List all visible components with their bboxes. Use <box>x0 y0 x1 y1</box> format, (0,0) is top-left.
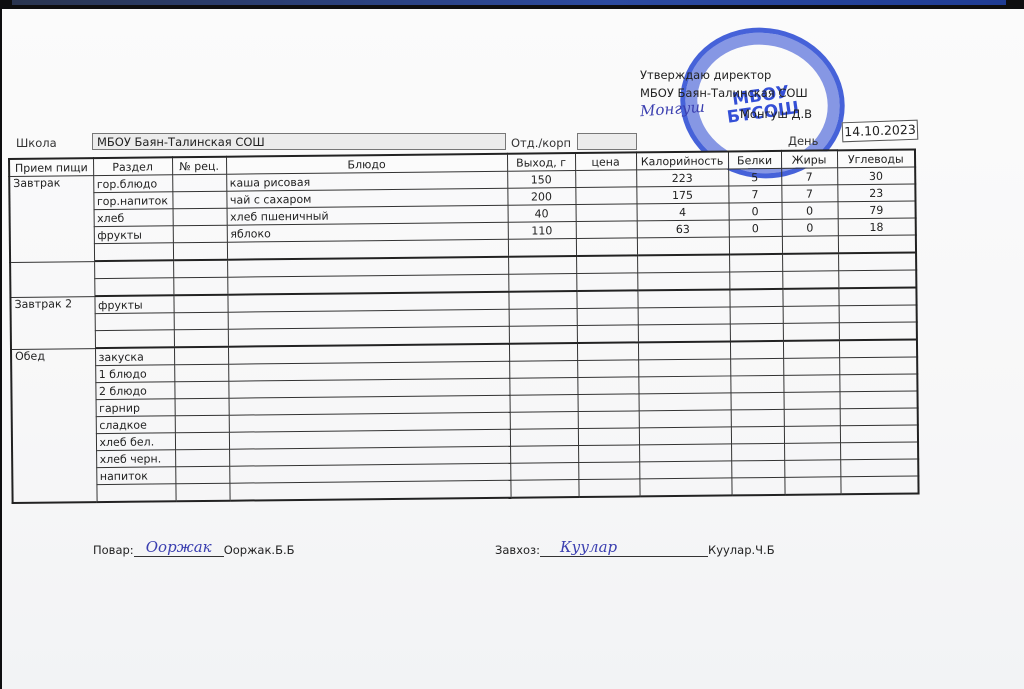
section-cell: хлеб <box>94 209 173 227</box>
weight-cell <box>510 480 578 498</box>
weight-cell: 40 <box>508 205 576 223</box>
weight-cell <box>508 274 576 292</box>
section-cell: гор.напиток <box>93 192 172 210</box>
meal-breakfast2: Завтрак 2 <box>10 296 95 349</box>
protein-cell <box>730 392 783 410</box>
price-cell <box>576 238 637 256</box>
fat-cell <box>784 460 840 478</box>
kcal-cell <box>639 478 731 496</box>
storekeeper-signature: Куулар <box>540 538 708 557</box>
price-cell <box>576 221 637 239</box>
dish-cell <box>229 480 510 500</box>
price-cell <box>577 325 638 343</box>
carbs-cell <box>839 305 917 323</box>
school-label: Школа <box>16 136 57 150</box>
recipe-cell <box>175 432 229 450</box>
price-cell <box>578 411 639 429</box>
col-fat: Жиры <box>781 150 837 168</box>
carbs-cell <box>840 476 918 494</box>
protein-cell <box>729 254 782 272</box>
carbs-cell <box>838 270 916 288</box>
carbs-cell: 18 <box>838 218 916 236</box>
carbs-cell: 23 <box>837 184 915 202</box>
fat-cell: 0 <box>782 219 838 237</box>
director-name: Монгуш Д.В <box>740 107 812 121</box>
section-cell: напиток <box>96 467 175 485</box>
price-cell <box>578 462 639 480</box>
section-cell: фрукты <box>94 226 173 244</box>
weight-cell <box>509 326 577 344</box>
cook-signature-row: Повар:ОоржакОоржак.Б.Б <box>93 538 295 557</box>
weight-cell <box>508 291 576 309</box>
price-cell <box>577 377 638 395</box>
col-recipe: № рец. <box>172 157 226 175</box>
price-cell <box>575 187 636 205</box>
carbs-cell <box>838 235 916 253</box>
section-cell <box>94 243 173 261</box>
protein-cell <box>731 460 784 478</box>
recipe-cell <box>173 277 227 295</box>
kcal-cell <box>637 289 729 307</box>
weight-cell <box>508 256 576 274</box>
section-cell: гор.блюдо <box>93 175 172 193</box>
section-cell: 2 блюдо <box>95 382 174 400</box>
weight-cell: 150 <box>507 171 575 189</box>
carbs-cell <box>839 322 917 340</box>
weight-cell: 200 <box>507 188 575 206</box>
carbs-cell <box>838 287 916 305</box>
protein-cell <box>731 426 784 444</box>
protein-cell <box>729 236 782 254</box>
kcal-cell: 4 <box>637 203 729 221</box>
carbs-cell <box>839 391 917 409</box>
weight-cell: 110 <box>508 222 576 240</box>
carbs-cell: 79 <box>838 201 916 219</box>
recipe-cell <box>174 312 228 330</box>
menu-table: Прием пищи Раздел № рец. Блюдо Выход, г … <box>8 148 920 503</box>
approval-school: МБОУ Баян-Талинская СОШ <box>640 84 808 102</box>
carbs-cell <box>840 442 918 460</box>
fat-cell: 7 <box>781 168 837 186</box>
price-cell <box>577 360 638 378</box>
cook-name: Ооржак.Б.Б <box>224 543 295 557</box>
fat-cell <box>783 306 839 324</box>
fat-cell <box>783 358 839 376</box>
kcal-cell <box>638 376 730 394</box>
kcal-cell <box>639 393 731 411</box>
price-cell <box>577 342 638 360</box>
storekeeper-name: Куулар.Ч.Б <box>708 543 775 557</box>
recipe-cell <box>174 347 228 365</box>
recipe-cell <box>175 466 229 484</box>
weight-cell <box>509 361 577 379</box>
carbs-cell <box>838 252 916 270</box>
fat-cell <box>783 375 839 393</box>
weight-cell <box>508 239 576 257</box>
fat-cell: 7 <box>781 185 837 203</box>
kcal-cell: 63 <box>637 220 729 238</box>
recipe-cell <box>175 415 229 433</box>
carbs-cell <box>840 408 918 426</box>
recipe-cell <box>173 208 227 226</box>
price-cell <box>578 428 639 446</box>
recipe-cell <box>175 483 229 501</box>
section-cell: 1 блюдо <box>95 365 174 383</box>
carbs-cell <box>840 425 918 443</box>
protein-cell <box>730 323 783 341</box>
section-cell: хлеб черн. <box>96 450 175 468</box>
protein-cell <box>731 409 784 427</box>
dept-label: Отд./корп <box>511 136 571 150</box>
fat-cell: 0 <box>782 202 838 220</box>
kcal-cell <box>639 410 731 428</box>
fat-cell <box>782 236 838 254</box>
recipe-cell <box>173 295 227 313</box>
recipe-cell <box>173 242 227 260</box>
meal-breakfast: Завтрак <box>9 176 94 262</box>
section-cell: закуска <box>95 347 174 365</box>
kcal-cell <box>638 341 730 359</box>
recipe-cell <box>175 398 229 416</box>
carbs-cell <box>840 459 918 477</box>
price-cell <box>578 394 639 412</box>
recipe-cell <box>174 381 228 399</box>
protein-cell <box>729 271 782 289</box>
day-label: День <box>788 134 818 148</box>
col-price: цена <box>575 152 636 170</box>
section-cell: хлеб бел. <box>96 433 175 451</box>
section-cell <box>95 330 174 348</box>
kcal-cell <box>638 359 730 377</box>
section-cell <box>95 313 174 331</box>
cook-signature: Ооржак <box>134 538 224 557</box>
col-carbs: Углеводы <box>837 150 915 168</box>
section-cell <box>94 278 173 296</box>
protein-cell: 7 <box>728 185 781 203</box>
fat-cell <box>782 253 838 271</box>
col-kcal: Калорийность <box>636 151 728 169</box>
kcal-cell: 223 <box>636 169 728 187</box>
price-cell <box>577 308 638 326</box>
weight-cell <box>510 446 578 464</box>
fat-cell <box>784 477 840 495</box>
carbs-cell: 30 <box>837 167 915 185</box>
kcal-cell <box>639 461 731 479</box>
fat-cell <box>783 392 839 410</box>
recipe-cell <box>174 364 228 382</box>
protein-cell <box>730 341 783 359</box>
fat-cell <box>784 409 840 427</box>
kcal-cell <box>638 307 730 325</box>
fat-cell <box>783 340 839 358</box>
dept-field[interactable] <box>577 133 637 150</box>
weight-cell <box>509 378 577 396</box>
fat-cell <box>782 288 838 306</box>
kcal-cell <box>638 324 730 342</box>
protein-cell <box>729 289 782 307</box>
carbs-cell <box>839 374 917 392</box>
kcal-cell: 175 <box>636 186 728 204</box>
school-field[interactable]: МБОУ Баян-Талинская СОШ <box>92 133 506 150</box>
section-cell <box>94 260 173 278</box>
window-top-bar <box>12 0 1006 5</box>
recipe-cell <box>174 329 228 347</box>
col-protein: Белки <box>728 151 781 169</box>
carbs-cell <box>839 357 917 375</box>
storekeeper-label: Завхоз: <box>495 543 540 557</box>
protein-cell <box>730 358 783 376</box>
col-weight: Выход, г <box>507 153 575 171</box>
approval-block: Утверждаю директор МБОУ Баян-Талинская С… <box>640 66 808 102</box>
protein-cell <box>730 375 783 393</box>
protein-cell: 0 <box>729 202 782 220</box>
weight-cell <box>509 309 577 327</box>
date-field[interactable]: 14.10.2023 <box>842 120 919 143</box>
recipe-cell <box>173 225 227 243</box>
kcal-cell <box>639 444 731 462</box>
col-section: Раздел <box>93 157 172 175</box>
kcal-cell <box>637 254 729 272</box>
price-cell <box>578 479 639 497</box>
protein-cell: 5 <box>728 168 781 186</box>
protein-cell <box>730 306 783 324</box>
weight-cell <box>510 463 578 481</box>
fat-cell <box>784 426 840 444</box>
recipe-cell <box>172 174 226 192</box>
price-cell <box>575 170 636 188</box>
protein-cell <box>731 443 784 461</box>
carbs-cell <box>839 339 917 357</box>
protein-cell: 0 <box>729 219 782 237</box>
cook-label: Повар: <box>93 543 134 557</box>
col-meal: Прием пищи <box>9 158 93 176</box>
price-cell <box>576 290 637 308</box>
fat-cell <box>782 271 838 289</box>
section-cell <box>96 484 175 502</box>
price-cell <box>576 273 637 291</box>
weight-cell <box>510 429 578 447</box>
recipe-cell <box>172 191 226 209</box>
kcal-cell <box>637 272 729 290</box>
meal-empty <box>10 261 94 297</box>
weight-cell <box>510 395 578 413</box>
recipe-cell <box>173 260 227 278</box>
fat-cell <box>783 323 839 341</box>
section-cell: гарнир <box>96 399 175 417</box>
section-cell: сладкое <box>96 416 175 434</box>
recipe-cell <box>175 449 229 467</box>
storekeeper-signature-row: Завхоз:КууларКуулар.Ч.Б <box>495 538 775 557</box>
section-cell: фрукты <box>94 295 173 313</box>
weight-cell <box>509 343 577 361</box>
meal-lunch: Обед <box>11 348 97 503</box>
fat-cell <box>784 443 840 461</box>
protein-cell <box>731 477 784 495</box>
kcal-cell <box>637 237 729 255</box>
approval-title: Утверждаю директор <box>640 66 808 84</box>
price-cell <box>576 204 637 222</box>
price-cell <box>576 255 637 273</box>
kcal-cell <box>639 427 731 445</box>
price-cell <box>578 445 639 463</box>
weight-cell <box>510 412 578 430</box>
